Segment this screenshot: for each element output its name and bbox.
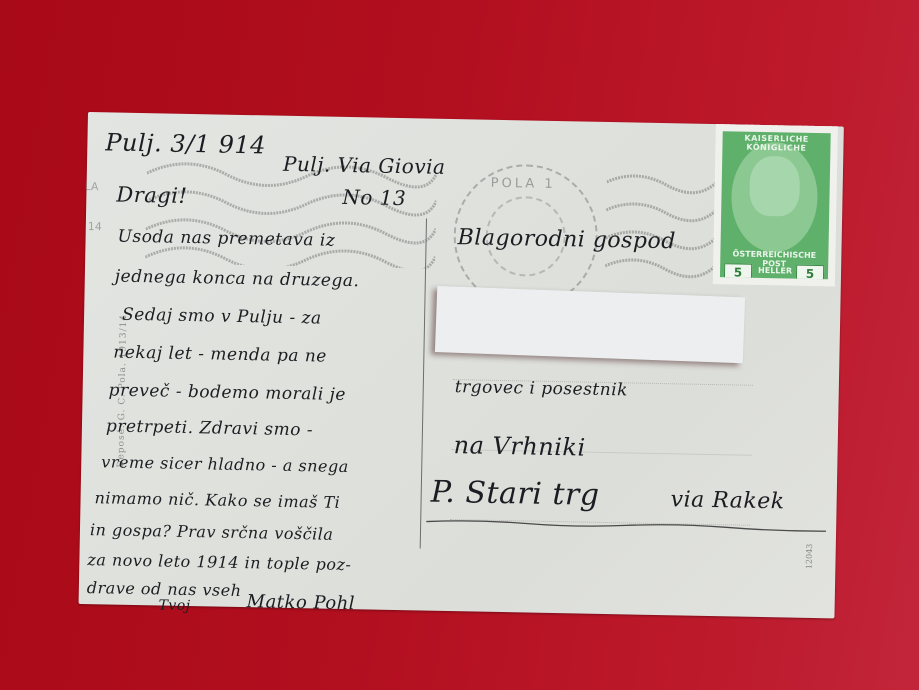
stamp-top-text: KAISERLICHE KÖNIGLICHE bbox=[722, 133, 830, 153]
stamp-design: KAISERLICHE KÖNIGLICHE ÖSTERREICHISCHE P… bbox=[720, 131, 831, 279]
message-line: Sedaj smo v Pulju - za bbox=[122, 305, 322, 329]
postmark-text: POLA 1 bbox=[491, 176, 556, 192]
message-line: za novo leto 1914 in tople poz- bbox=[87, 550, 351, 574]
sender-address-line1: Pulj. Via Giovia bbox=[283, 152, 446, 179]
postmark-date-fragment: 14 bbox=[88, 220, 102, 233]
signature: Matko Pohl bbox=[246, 591, 355, 614]
postcard: LA 14 POLA 1 Deposé. G. C. Pola. 1913/14… bbox=[79, 112, 844, 618]
stamp-currency: HELLER bbox=[758, 266, 792, 276]
publisher-number: 12043 bbox=[804, 544, 813, 570]
address-occupation: trgovec i posestnik bbox=[455, 377, 629, 400]
redaction-paper-strip bbox=[435, 286, 745, 363]
greeting: Dragi! bbox=[116, 183, 187, 208]
address-town: na Vrhniki bbox=[453, 431, 586, 462]
address-underline bbox=[426, 517, 826, 535]
address-salutation: Blagorodni gospod bbox=[457, 225, 676, 254]
message-line: vreme sicer hladno - a snega bbox=[101, 452, 349, 476]
message-line: jednega konca na druzega. bbox=[115, 267, 360, 292]
stamp-denomination-right: 5 bbox=[796, 265, 824, 280]
sender-address-line2: No 13 bbox=[342, 185, 406, 210]
address-route: via Rakek bbox=[670, 487, 784, 514]
postmark-fragment-text: LA bbox=[84, 180, 98, 193]
address-post-office: P. Stari trg bbox=[430, 475, 599, 513]
stamp-portrait bbox=[749, 156, 800, 217]
message-line: Usoda nas premetava iz bbox=[117, 227, 335, 251]
message-line: nekaj let - menda pa ne bbox=[113, 343, 327, 367]
stamp-denomination-left: 5 bbox=[724, 263, 752, 279]
closing: Tvoj bbox=[158, 597, 190, 614]
message-line: in gospa? Prav srčna voščila bbox=[90, 520, 334, 544]
message-line: pretrpeti. Zdravi smo - bbox=[106, 416, 314, 440]
place-date: Pulj. 3/1 914 bbox=[105, 128, 266, 159]
postmark-date-text: 14 bbox=[88, 220, 102, 233]
postage-stamp: KAISERLICHE KÖNIGLICHE ÖSTERREICHISCHE P… bbox=[713, 124, 838, 286]
message-line: nimamo nič. Kako se imaš Ti bbox=[94, 488, 340, 512]
postmark-fragment-left: LA bbox=[84, 180, 98, 193]
message-line: preveč - bodemo morali je bbox=[108, 380, 346, 405]
